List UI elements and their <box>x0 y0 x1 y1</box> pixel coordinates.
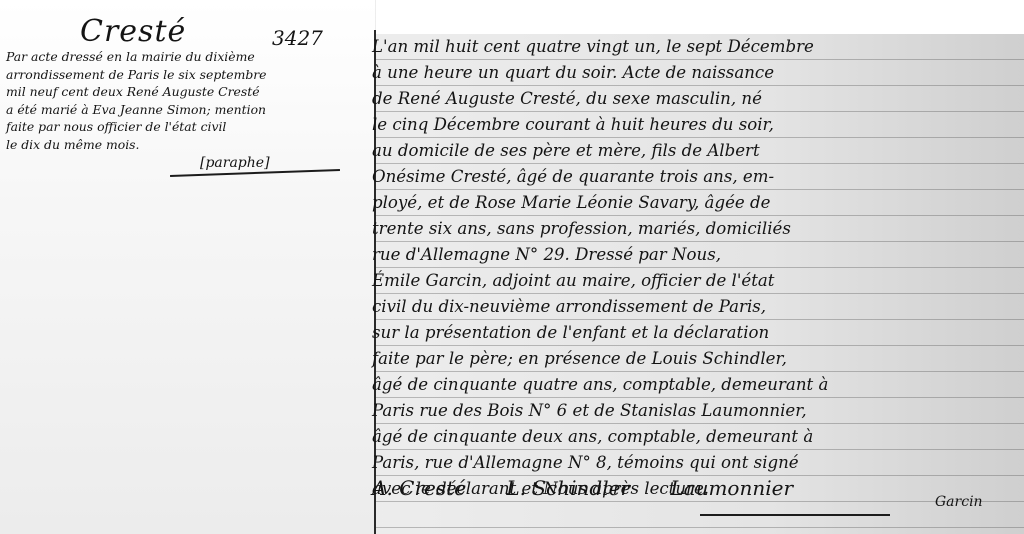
record-line: rue d'Allemagne N° 29. Dressé par Nous, <box>372 242 828 268</box>
marriage-annotation: Par acte dressé en la mairie du dixième … <box>6 48 267 153</box>
record-line: civil du dix-neuvième arrondissement de … <box>372 294 828 320</box>
record-line: ployé, et de Rose Marie Léonie Savary, â… <box>372 190 828 216</box>
record-line: âgé de cinquante quatre ans, comptable, … <box>372 372 828 398</box>
signatures-row: A. Cresté L. Schindler Laumonnier <box>372 476 827 500</box>
signature-officer: Garcin <box>935 494 983 510</box>
annotation-line: faite par nous officier de l'état civil <box>6 118 267 136</box>
record-line: trente six ans, sans profession, mariés,… <box>372 216 828 242</box>
margin-surname: Cresté <box>80 14 186 49</box>
record-line: Émile Garcin, adjoint au maire, officier… <box>372 268 828 294</box>
record-line: Paris, rue d'Allemagne N° 8, témoins qui… <box>372 450 828 476</box>
annotation-line: a été marié à Eva Jeanne Simon; mention <box>6 101 267 119</box>
annotation-line: arrondissement de Paris le six septembre <box>6 66 267 84</box>
signature-witness-1: L. Schindler <box>506 476 630 500</box>
record-line: Paris rue des Bois N° 6 et de Stanislas … <box>372 398 828 424</box>
record-line: à une heure un quart du soir. Acte de na… <box>372 60 828 86</box>
signature-flourish <box>700 514 890 516</box>
record-line: faite par le père; en présence de Louis … <box>372 346 828 372</box>
signature-father: A. Cresté <box>372 476 466 500</box>
record-number: 3427 <box>272 26 323 50</box>
annotation-line: le dix du même mois. <box>6 136 267 154</box>
record-line: de René Auguste Cresté, du sexe masculin… <box>372 86 828 112</box>
record-line: âgé de cinquante deux ans, comptable, de… <box>372 424 828 450</box>
record-line: le cinq Décembre courant à huit heures d… <box>372 112 828 138</box>
record-line: au domicile de ses père et mère, fils de… <box>372 138 828 164</box>
signature-witness-2: Laumonnier <box>670 476 793 500</box>
record-line: sur la présentation de l'enfant et la dé… <box>372 320 828 346</box>
annotation-line: Par acte dressé en la mairie du dixième <box>6 48 267 66</box>
record-line: Onésime Cresté, âgé de quarante trois an… <box>372 164 828 190</box>
register-page: Cresté 3427 Par acte dressé en la mairie… <box>0 0 1024 534</box>
birth-record-text: L'an mil huit cent quatre vingt un, le s… <box>372 34 828 502</box>
margin-signature: [paraphe] <box>200 155 270 171</box>
page-top-edge <box>376 0 1024 34</box>
annotation-line: mil neuf cent deux René Auguste Cresté <box>6 83 267 101</box>
record-line: L'an mil huit cent quatre vingt un, le s… <box>372 34 828 60</box>
